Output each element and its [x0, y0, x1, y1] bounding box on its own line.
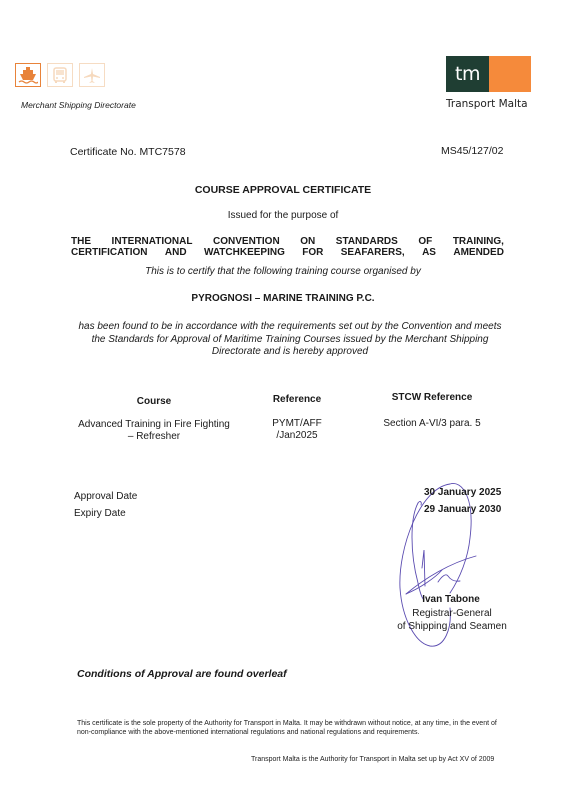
- word: AS: [422, 247, 436, 258]
- word: AND: [165, 247, 187, 258]
- ship-icon: [15, 63, 41, 87]
- word: OF: [418, 236, 432, 247]
- disclaimer-text: This certificate is the sole property of…: [77, 719, 509, 737]
- stcw-reference: Section A-VI/3 para. 5: [370, 418, 494, 429]
- approval-date-label: Approval Date: [74, 491, 137, 502]
- issued-for-text: Issued for the purpose of: [0, 210, 566, 221]
- word: FOR: [302, 247, 323, 258]
- course-header: Course: [70, 396, 238, 407]
- course-reference: PYMT/AFF /Jan2025: [262, 418, 332, 442]
- expiry-date-value: 29 January 2030: [424, 504, 501, 515]
- word: WATCHKEEPING: [204, 247, 285, 258]
- word: CERTIFICATION: [71, 247, 147, 258]
- expiry-date-label: Expiry Date: [74, 508, 126, 519]
- convention-line-2: CERTIFICATION AND WATCHKEEPING FOR SEAFA…: [71, 247, 504, 258]
- authority-note: Transport Malta is the Authority for Tra…: [251, 756, 494, 763]
- transport-malta-logo: tm: [446, 56, 531, 92]
- convention-name: THE INTERNATIONAL CONVENTION ON STANDARD…: [71, 236, 504, 258]
- word: THE: [71, 236, 91, 247]
- word: CONVENTION: [213, 236, 280, 247]
- word: STANDARDS: [336, 236, 398, 247]
- course-name-line-2: – Refresher: [66, 431, 242, 443]
- reference-header: Reference: [262, 394, 332, 405]
- directorate-label: Merchant Shipping Directorate: [21, 100, 136, 110]
- airplane-icon: [79, 63, 105, 87]
- course-name: Advanced Training in Fire Fighting – Ref…: [66, 419, 242, 443]
- signatory-title-line-2: of Shipping and Seamen: [396, 620, 508, 633]
- word: SEAFARERS,: [341, 247, 405, 258]
- course-reference-line-2: /Jan2025: [262, 430, 332, 442]
- convention-line-1: THE INTERNATIONAL CONVENTION ON STANDARD…: [71, 236, 504, 247]
- certificate-title: COURSE APPROVAL CERTIFICATE: [0, 184, 566, 196]
- logo-name: Transport Malta: [446, 98, 528, 110]
- finding-statement: has been found to be in accordance with …: [72, 321, 508, 359]
- stcw-reference-header: STCW Reference: [370, 392, 494, 403]
- approval-date-value: 30 January 2025: [424, 487, 501, 498]
- word: ON: [300, 236, 315, 247]
- signatory-title: Registrar-General of Shipping and Seamen: [396, 607, 508, 633]
- bus-icon: [47, 63, 73, 87]
- file-reference: MS45/127/02: [441, 145, 503, 157]
- logo-orange-block: [489, 56, 531, 92]
- logo-text: tm: [446, 56, 489, 92]
- word: AMENDED: [453, 247, 504, 258]
- certificate-number: Certificate No. MTC7578: [70, 146, 186, 158]
- word: INTERNATIONAL: [112, 236, 193, 247]
- signatory-title-line-1: Registrar-General: [396, 607, 508, 620]
- word: TRAINING,: [453, 236, 504, 247]
- transport-mode-icons: [15, 63, 105, 87]
- course-reference-line-1: PYMT/AFF: [262, 418, 332, 430]
- signatory-name: Ivan Tabone: [396, 594, 506, 605]
- course-name-line-1: Advanced Training in Fire Fighting: [66, 419, 242, 431]
- certify-statement: This is to certify that the following tr…: [0, 266, 566, 277]
- conditions-note: Conditions of Approval are found overlea…: [77, 668, 287, 680]
- organisation-name: PYROGNOSI – MARINE TRAINING P.C.: [0, 293, 566, 304]
